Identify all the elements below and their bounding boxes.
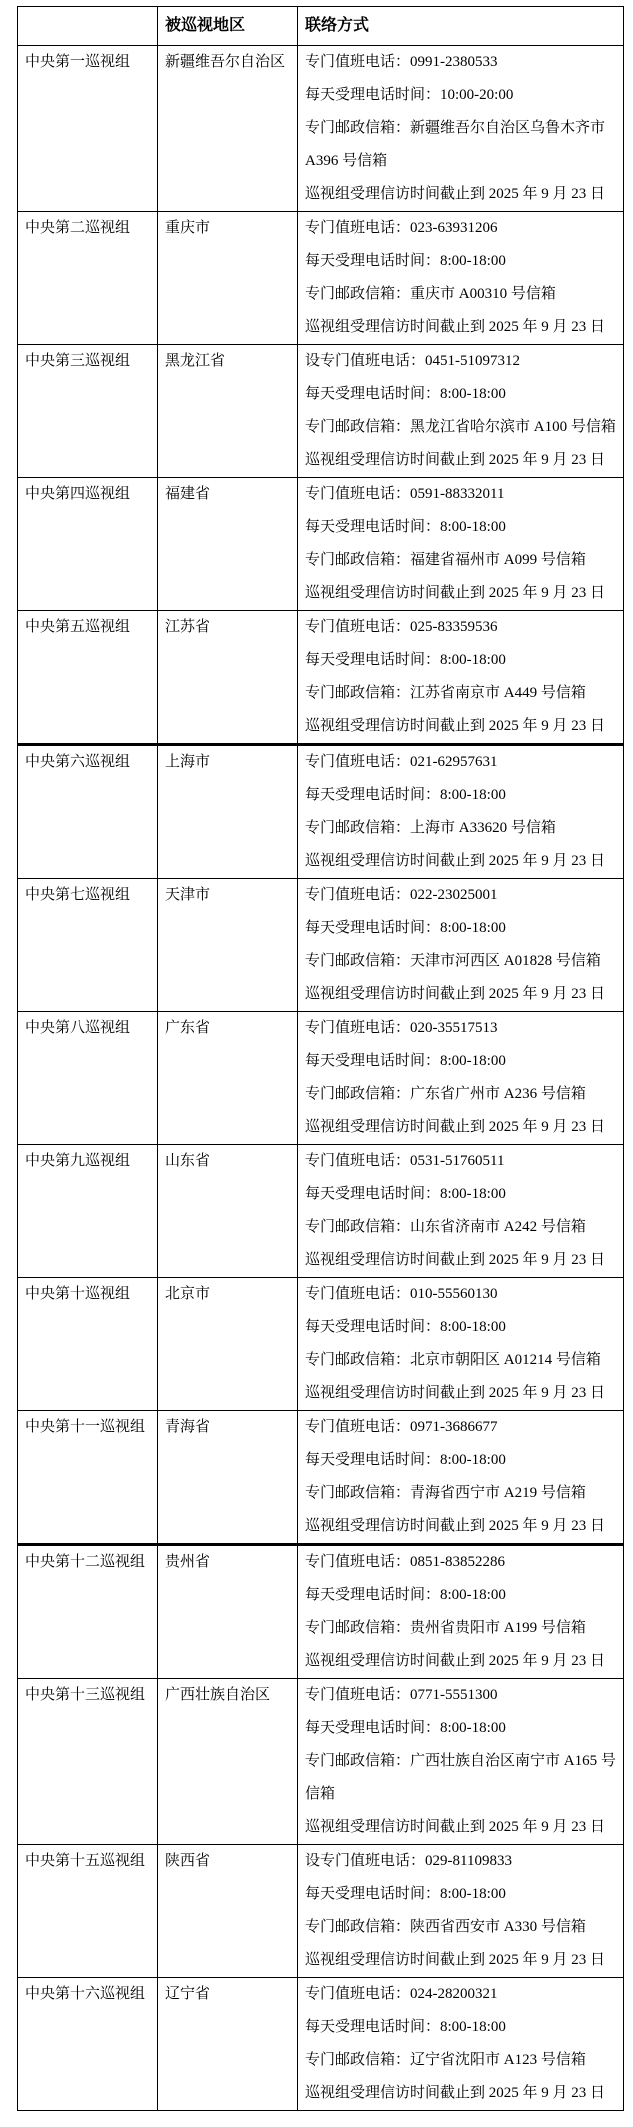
contact-line: 巡视组受理信访时间截止到 2025 年 9 月 23 日 bbox=[305, 1645, 619, 1678]
contact-line: 巡视组受理信访时间截止到 2025 年 9 月 23 日 bbox=[305, 178, 619, 211]
table-row: 中央第十五巡视组 陕西省 设专门值班电话：029-81109833每天受理电话时… bbox=[18, 1845, 624, 1978]
contact-line: 专门值班电话：0851-83852286 bbox=[305, 1546, 619, 1579]
contact-line: 巡视组受理信访时间截止到 2025 年 9 月 23 日 bbox=[305, 1944, 619, 1977]
group-cell: 中央第六巡视组 bbox=[18, 745, 158, 879]
contact-line: 巡视组受理信访时间截止到 2025 年 9 月 23 日 bbox=[305, 311, 619, 344]
contact-line: 专门邮政信箱：贵州省贵阳市 A199 号信箱 bbox=[305, 1612, 619, 1645]
contact-line: 专门邮政信箱：新疆维吾尔自治区乌鲁木齐市 A396 号信箱 bbox=[305, 112, 619, 178]
contact-cell: 专门值班电话：0591-88332011每天受理电话时间：8:00-18:00专… bbox=[298, 478, 624, 611]
contact-line: 专门值班电话：0971-3686677 bbox=[305, 1411, 619, 1444]
contact-cell: 专门值班电话：0971-3686677每天受理电话时间：8:00-18:00专门… bbox=[298, 1411, 624, 1545]
group-cell: 中央第三巡视组 bbox=[18, 345, 158, 478]
region-cell: 陕西省 bbox=[158, 1845, 298, 1978]
contact-line: 每天受理电话时间：8:00-18:00 bbox=[305, 644, 619, 677]
contact-line: 专门邮政信箱：江苏省南京市 A449 号信箱 bbox=[305, 677, 619, 710]
group-cell: 中央第十一巡视组 bbox=[18, 1411, 158, 1545]
table-row: 中央第十巡视组 北京市 专门值班电话：010-55560130每天受理电话时间：… bbox=[18, 1278, 624, 1411]
group-cell: 中央第五巡视组 bbox=[18, 611, 158, 745]
contact-cell: 设专门值班电话：029-81109833每天受理电话时间：8:00-18:00专… bbox=[298, 1845, 624, 1978]
contact-line: 专门值班电话：025-83359536 bbox=[305, 611, 619, 644]
header-cell-group bbox=[18, 7, 158, 46]
contact-line: 每天受理电话时间：8:00-18:00 bbox=[305, 2011, 619, 2044]
contact-line: 专门值班电话：022-23025001 bbox=[305, 879, 619, 912]
table-body: 中央第一巡视组 新疆维吾尔自治区 专门值班电话：0991-2380533每天受理… bbox=[18, 46, 624, 2111]
contact-line: 专门值班电话：0591-88332011 bbox=[305, 478, 619, 511]
header-row: 被巡视地区 联络方式 bbox=[18, 7, 624, 46]
contact-cell: 专门值班电话：0851-83852286每天受理电话时间：8:00-18:00专… bbox=[298, 1545, 624, 1679]
header-cell-region: 被巡视地区 bbox=[158, 7, 298, 46]
contact-line: 巡视组受理信访时间截止到 2025 年 9 月 23 日 bbox=[305, 1377, 619, 1410]
contact-line: 专门值班电话：0771-5551300 bbox=[305, 1679, 619, 1712]
page: 被巡视地区 联络方式 中央第一巡视组 新疆维吾尔自治区 专门值班电话：0991-… bbox=[0, 0, 633, 2127]
region-cell: 广西壮族自治区 bbox=[158, 1679, 298, 1845]
region-cell: 北京市 bbox=[158, 1278, 298, 1411]
contact-line: 专门邮政信箱：上海市 A33620 号信箱 bbox=[305, 812, 619, 845]
contact-cell: 专门值班电话：0991-2380533每天受理电话时间：10:00-20:00专… bbox=[298, 46, 624, 212]
table-row: 中央第一巡视组 新疆维吾尔自治区 专门值班电话：0991-2380533每天受理… bbox=[18, 46, 624, 212]
contact-cell: 专门值班电话：0771-5551300每天受理电话时间：8:00-18:00专门… bbox=[298, 1679, 624, 1845]
contact-cell: 专门值班电话：020-35517513每天受理电话时间：8:00-18:00专门… bbox=[298, 1012, 624, 1145]
contact-line: 每天受理电话时间：8:00-18:00 bbox=[305, 378, 619, 411]
contact-line: 专门邮政信箱：辽宁省沈阳市 A123 号信箱 bbox=[305, 2044, 619, 2077]
contact-line: 巡视组受理信访时间截止到 2025 年 9 月 23 日 bbox=[305, 845, 619, 878]
contact-line: 每天受理电话时间：10:00-20:00 bbox=[305, 79, 619, 112]
contact-line: 专门邮政信箱：天津市河西区 A01828 号信箱 bbox=[305, 945, 619, 978]
table-row: 中央第八巡视组 广东省 专门值班电话：020-35517513每天受理电话时间：… bbox=[18, 1012, 624, 1145]
region-cell: 重庆市 bbox=[158, 212, 298, 345]
contact-line: 专门值班电话：010-55560130 bbox=[305, 1278, 619, 1311]
table-row: 中央第十六巡视组 辽宁省 专门值班电话：024-28200321每天受理电话时间… bbox=[18, 1978, 624, 2111]
contact-line: 巡视组受理信访时间截止到 2025 年 9 月 23 日 bbox=[305, 710, 619, 743]
contact-line: 设专门值班电话：029-81109833 bbox=[305, 1845, 619, 1878]
contact-cell: 设专门值班电话：0451-51097312每天受理电话时间：8:00-18:00… bbox=[298, 345, 624, 478]
contact-line: 巡视组受理信访时间截止到 2025 年 9 月 23 日 bbox=[305, 1811, 619, 1844]
contact-line: 专门邮政信箱：黑龙江省哈尔滨市 A100 号信箱 bbox=[305, 411, 619, 444]
table-row: 中央第六巡视组 上海市 专门值班电话：021-62957631每天受理电话时间：… bbox=[18, 745, 624, 879]
table-row: 中央第七巡视组 天津市 专门值班电话：022-23025001每天受理电话时间：… bbox=[18, 879, 624, 1012]
region-cell: 辽宁省 bbox=[158, 1978, 298, 2111]
table-row: 中央第十一巡视组 青海省 专门值班电话：0971-3686677每天受理电话时间… bbox=[18, 1411, 624, 1545]
contact-line: 每天受理电话时间：8:00-18:00 bbox=[305, 511, 619, 544]
contact-line: 专门邮政信箱：山东省济南市 A242 号信箱 bbox=[305, 1211, 619, 1244]
table-row: 中央第二巡视组 重庆市 专门值班电话：023-63931206每天受理电话时间：… bbox=[18, 212, 624, 345]
contact-line: 每天受理电话时间：8:00-18:00 bbox=[305, 1311, 619, 1344]
table-row: 中央第五巡视组 江苏省 专门值班电话：025-83359536每天受理电话时间：… bbox=[18, 611, 624, 745]
contact-line: 专门邮政信箱：青海省西宁市 A219 号信箱 bbox=[305, 1477, 619, 1510]
contact-cell: 专门值班电话：010-55560130每天受理电话时间：8:00-18:00专门… bbox=[298, 1278, 624, 1411]
table-row: 中央第九巡视组 山东省 专门值班电话：0531-51760511每天受理电话时间… bbox=[18, 1145, 624, 1278]
contact-line: 巡视组受理信访时间截止到 2025 年 9 月 23 日 bbox=[305, 978, 619, 1011]
group-cell: 中央第十二巡视组 bbox=[18, 1545, 158, 1679]
region-cell: 贵州省 bbox=[158, 1545, 298, 1679]
contact-line: 设专门值班电话：0451-51097312 bbox=[305, 345, 619, 378]
table-row: 中央第十三巡视组 广西壮族自治区 专门值班电话：0771-5551300每天受理… bbox=[18, 1679, 624, 1845]
contact-line: 专门邮政信箱：广西壮族自治区南宁市 A165 号信箱 bbox=[305, 1745, 619, 1811]
group-cell: 中央第十六巡视组 bbox=[18, 1978, 158, 2111]
region-cell: 上海市 bbox=[158, 745, 298, 879]
contact-cell: 专门值班电话：021-62957631每天受理电话时间：8:00-18:00专门… bbox=[298, 745, 624, 879]
contact-line: 巡视组受理信访时间截止到 2025 年 9 月 23 日 bbox=[305, 1244, 619, 1277]
contact-cell: 专门值班电话：022-23025001每天受理电话时间：8:00-18:00专门… bbox=[298, 879, 624, 1012]
header-cell-contact: 联络方式 bbox=[298, 7, 624, 46]
table-row: 中央第三巡视组 黑龙江省 设专门值班电话：0451-51097312每天受理电话… bbox=[18, 345, 624, 478]
contact-cell: 专门值班电话：0531-51760511每天受理电话时间：8:00-18:00专… bbox=[298, 1145, 624, 1278]
contact-line: 巡视组受理信访时间截止到 2025 年 9 月 23 日 bbox=[305, 444, 619, 477]
region-cell: 天津市 bbox=[158, 879, 298, 1012]
group-cell: 中央第十三巡视组 bbox=[18, 1679, 158, 1845]
table-header: 被巡视地区 联络方式 bbox=[18, 7, 624, 46]
contact-line: 专门邮政信箱：北京市朝阳区 A01214 号信箱 bbox=[305, 1344, 619, 1377]
contact-line: 每天受理电话时间：8:00-18:00 bbox=[305, 245, 619, 278]
contact-line: 每天受理电话时间：8:00-18:00 bbox=[305, 912, 619, 945]
contact-cell: 专门值班电话：025-83359536每天受理电话时间：8:00-18:00专门… bbox=[298, 611, 624, 745]
contact-cell: 专门值班电话：023-63931206每天受理电话时间：8:00-18:00专门… bbox=[298, 212, 624, 345]
group-cell: 中央第一巡视组 bbox=[18, 46, 158, 212]
contact-line: 每天受理电话时间：8:00-18:00 bbox=[305, 1444, 619, 1477]
contact-line: 巡视组受理信访时间截止到 2025 年 9 月 23 日 bbox=[305, 1510, 619, 1543]
contact-line: 专门值班电话：024-28200321 bbox=[305, 1978, 619, 2011]
contact-line: 专门值班电话：0531-51760511 bbox=[305, 1145, 619, 1178]
contact-line: 每天受理电话时间：8:00-18:00 bbox=[305, 779, 619, 812]
contact-line: 专门邮政信箱：福建省福州市 A099 号信箱 bbox=[305, 544, 619, 577]
contact-line: 专门值班电话：020-35517513 bbox=[305, 1012, 619, 1045]
contact-line: 专门邮政信箱：重庆市 A00310 号信箱 bbox=[305, 278, 619, 311]
region-cell: 江苏省 bbox=[158, 611, 298, 745]
region-cell: 黑龙江省 bbox=[158, 345, 298, 478]
contact-line: 每天受理电话时间：8:00-18:00 bbox=[305, 1712, 619, 1745]
group-cell: 中央第七巡视组 bbox=[18, 879, 158, 1012]
group-cell: 中央第九巡视组 bbox=[18, 1145, 158, 1278]
contact-line: 专门值班电话：023-63931206 bbox=[305, 212, 619, 245]
group-cell: 中央第四巡视组 bbox=[18, 478, 158, 611]
region-cell: 山东省 bbox=[158, 1145, 298, 1278]
contact-line: 专门值班电话：0991-2380533 bbox=[305, 46, 619, 79]
region-cell: 福建省 bbox=[158, 478, 298, 611]
contact-line: 专门邮政信箱：广东省广州市 A236 号信箱 bbox=[305, 1078, 619, 1111]
group-cell: 中央第二巡视组 bbox=[18, 212, 158, 345]
contact-line: 每天受理电话时间：8:00-18:00 bbox=[305, 1579, 619, 1612]
contact-line: 每天受理电话时间：8:00-18:00 bbox=[305, 1878, 619, 1911]
contact-line: 每天受理电话时间：8:00-18:00 bbox=[305, 1045, 619, 1078]
contact-cell: 专门值班电话：024-28200321每天受理电话时间：8:00-18:00专门… bbox=[298, 1978, 624, 2111]
contact-line: 巡视组受理信访时间截止到 2025 年 9 月 23 日 bbox=[305, 577, 619, 610]
table-row: 中央第十二巡视组 贵州省 专门值班电话：0851-83852286每天受理电话时… bbox=[18, 1545, 624, 1679]
contact-line: 巡视组受理信访时间截止到 2025 年 9 月 23 日 bbox=[305, 2077, 619, 2110]
contact-line: 巡视组受理信访时间截止到 2025 年 9 月 23 日 bbox=[305, 1111, 619, 1144]
group-cell: 中央第十巡视组 bbox=[18, 1278, 158, 1411]
contact-line: 每天受理电话时间：8:00-18:00 bbox=[305, 1178, 619, 1211]
contact-line: 专门值班电话：021-62957631 bbox=[305, 746, 619, 779]
group-cell: 中央第八巡视组 bbox=[18, 1012, 158, 1145]
region-cell: 新疆维吾尔自治区 bbox=[158, 46, 298, 212]
inspection-contact-table: 被巡视地区 联络方式 中央第一巡视组 新疆维吾尔自治区 专门值班电话：0991-… bbox=[17, 6, 624, 2111]
contact-line: 专门邮政信箱：陕西省西安市 A330 号信箱 bbox=[305, 1911, 619, 1944]
table-row: 中央第四巡视组 福建省 专门值班电话：0591-88332011每天受理电话时间… bbox=[18, 478, 624, 611]
region-cell: 青海省 bbox=[158, 1411, 298, 1545]
region-cell: 广东省 bbox=[158, 1012, 298, 1145]
group-cell: 中央第十五巡视组 bbox=[18, 1845, 158, 1978]
